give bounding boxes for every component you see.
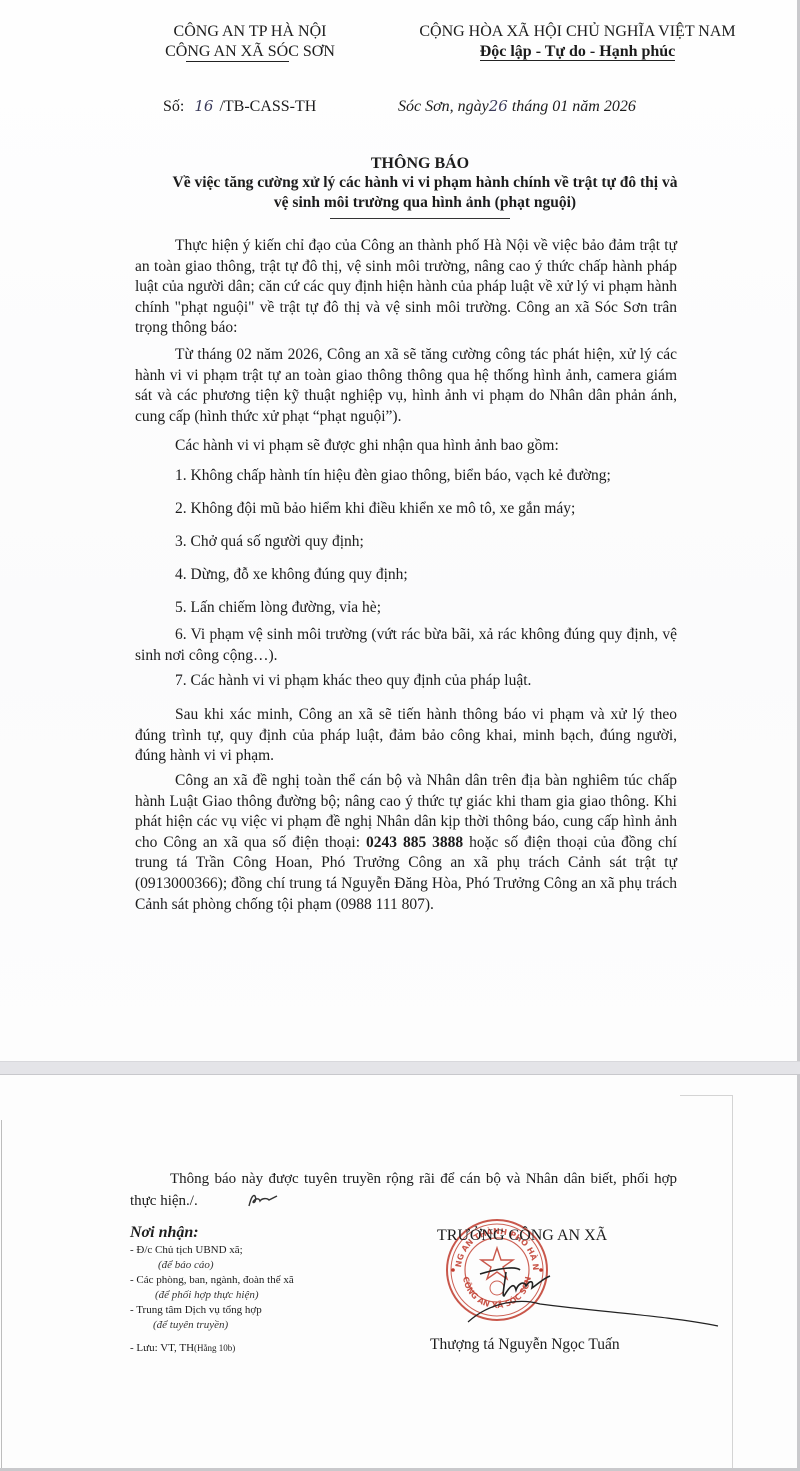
recipient-item: - Trung tâm Dịch vụ tổng hợp: [130, 1304, 262, 1316]
signer-position: TRƯỞNG CÔNG AN XÃ: [437, 1227, 607, 1245]
motto: Độc lập - Tự do - Hạnh phúc: [355, 42, 800, 62]
hotline-number: 0243 885 3888: [366, 834, 463, 851]
scan-edge: [680, 1095, 733, 1096]
page-separator: [0, 1061, 800, 1075]
violation-item: 7. Các hành vi vi phạm khác theo quy địn…: [175, 672, 531, 690]
paragraph-from-feb: Từ tháng 02 năm 2026, Công an xã sẽ tăng…: [135, 345, 677, 427]
recipient-note: (để báo cáo): [158, 1259, 214, 1271]
place-date-suffix: tháng 01 năm 2026: [512, 98, 636, 115]
initial-mark-icon: [245, 1190, 281, 1210]
recipient-note: (để phối hợp thực hiện): [155, 1289, 259, 1301]
paragraph-after: Sau khi xác minh, Công an xã sẽ tiến hàn…: [135, 705, 677, 767]
paragraph-intro: Thực hiện ý kiến chỉ đạo của Công an thà…: [135, 236, 677, 339]
doc-number: Số: 16/TB-CASS-TH: [163, 97, 316, 116]
violation-item: 2. Không đội mũ bảo hiểm khi điều khiển …: [175, 500, 575, 518]
doc-number-suffix: /TB-CASS-TH: [219, 98, 316, 115]
signature-icon: [460, 1262, 720, 1332]
recipient-item: - Lưu: VT, TH(Hằng 10b): [130, 1342, 235, 1354]
agency-underline: [186, 61, 289, 62]
paragraph-closing: Thông báo này được tuyên truyền rộng rãi…: [130, 1168, 677, 1212]
paragraph-request: Công an xã đề nghị toàn thể cán bộ và Nh…: [135, 771, 677, 915]
place-date: Sóc Sơn, ngày26 tháng 01 năm 2026: [398, 97, 636, 116]
motto-text: Độc lập - Tự do - Hạnh phúc: [480, 43, 676, 61]
republic-name: CỘNG HÒA XÃ HỘI CHỦ NGHĨA VIỆT NAM: [355, 22, 800, 42]
violation-item: 6. Vi phạm vệ sinh môi trường (vứt rác b…: [135, 625, 677, 666]
date-day-handwritten: 26: [489, 97, 508, 115]
document-subtitle: Về việc tăng cường xử lý các hành vi vi …: [170, 173, 680, 213]
violation-item: 5. Lấn chiếm lòng đường, vỉa hè;: [175, 599, 381, 617]
agency-parent: CÔNG AN TP HÀ NỘI: [150, 22, 350, 42]
doc-number-prefix: Số:: [163, 98, 184, 115]
recipient-note: (để tuyên truyền): [153, 1319, 228, 1331]
violation-item: 3. Chở quá số người quy định;: [175, 533, 364, 551]
violation-item: 1. Không chấp hành tín hiệu đèn giao thô…: [175, 467, 611, 485]
agency-name-text: CÔNG AN XÃ SÓC SƠN: [165, 43, 335, 60]
signer-name: Thượng tá Nguyễn Ngọc Tuấn: [430, 1336, 620, 1354]
doc-number-handwritten: 16: [194, 97, 213, 115]
violation-item: 4. Dừng, đỗ xe không đúng quy định;: [175, 566, 408, 584]
recipient-item: - Các phòng, ban, ngành, đoàn thể xã: [130, 1274, 294, 1286]
recipients-title: Nơi nhận:: [130, 1224, 199, 1242]
paragraph-list-intro: Các hành vi vi phạm sẽ được ghi nhận qua…: [135, 436, 677, 457]
subtitle-underline: [330, 218, 510, 219]
scan-edge: [1, 1120, 2, 1469]
agency-name: CÔNG AN XÃ SÓC SƠN: [150, 42, 350, 62]
scan-edge: [732, 1095, 733, 1469]
place-date-prefix: Sóc Sơn, ngày: [398, 98, 489, 115]
document-page-1: CÔNG AN TP HÀ NỘI CÔNG AN XÃ SÓC SƠN CỘN…: [0, 0, 797, 1061]
recipient-item: - Đ/c Chủ tịch UBND xã;: [130, 1244, 243, 1256]
document-title: THÔNG BÁO: [0, 155, 800, 173]
